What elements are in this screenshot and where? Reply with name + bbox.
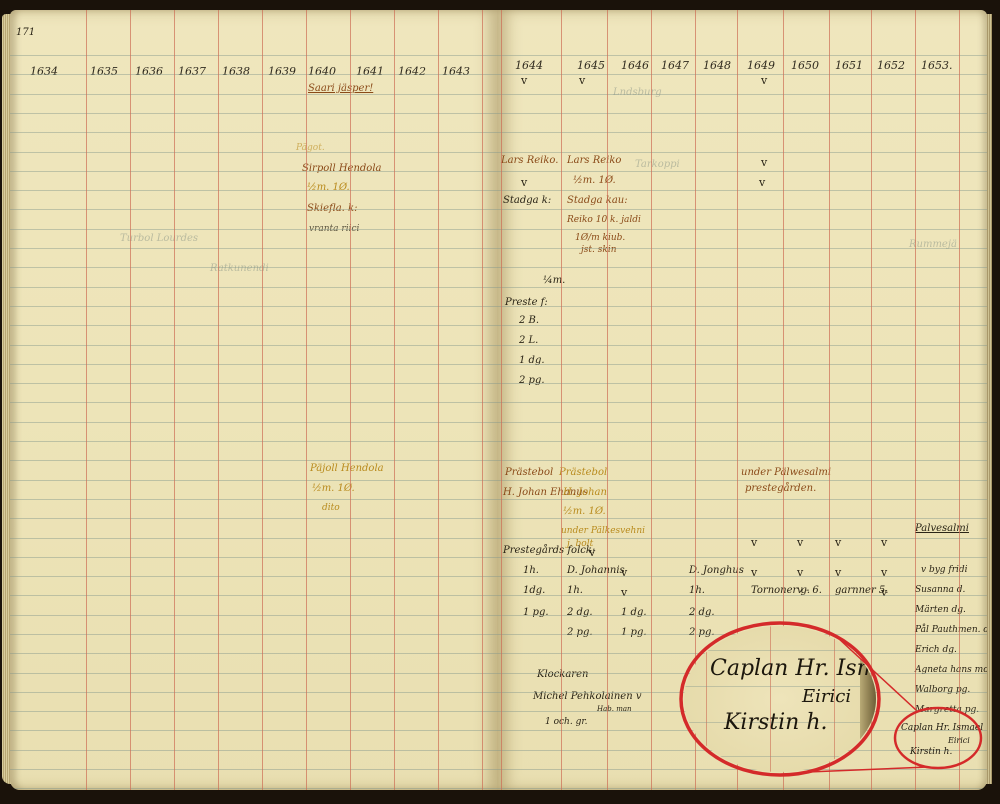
entry-lars-1644: Lars Reiko. <box>501 156 558 166</box>
ruled-line <box>10 287 497 288</box>
year-header-1644: 1644 <box>515 60 543 71</box>
magnified-line-2: Eirici <box>802 688 851 706</box>
entry-half-m-2: ½m. 1Ø. <box>312 484 355 494</box>
year-header-1642: 1642 <box>398 66 426 77</box>
grid-cell-r1-c8: v <box>835 566 841 579</box>
magnified-line-1: Caplan Hr. Ismael <box>710 658 876 680</box>
column-rule <box>262 10 263 790</box>
ruled-line <box>10 402 497 403</box>
ruled-line <box>10 94 497 95</box>
ruled-line <box>497 132 987 133</box>
entry-johan-1645-b: ½m. 1Ø. <box>563 507 606 517</box>
ruled-line <box>10 113 497 114</box>
entry-quarter: ¼m. <box>543 276 565 286</box>
grid-cell-r2-c3: v <box>621 586 627 599</box>
entry-stadga-1645-b: Reiko 10 k. jaldi <box>567 216 641 225</box>
magnifier-loupe: Caplan Hr. Ismael Eirici Kirstin h. <box>684 626 876 772</box>
ruled-line <box>497 538 987 539</box>
ruled-line <box>10 441 497 442</box>
grid-cell-r1-c1: 1h. <box>523 566 539 576</box>
column-rule <box>561 10 562 790</box>
year-header-1652: 1652 <box>877 60 905 71</box>
ruled-line <box>497 55 987 56</box>
ruled-line <box>497 190 987 191</box>
ruled-line <box>10 325 497 326</box>
ruled-line <box>10 557 497 558</box>
year-header-1638: 1638 <box>222 66 250 77</box>
circled-line-1: Caplan Hr. Ismael <box>901 724 983 733</box>
ruled-line <box>497 248 987 249</box>
check-1644-row2: v <box>521 176 527 189</box>
ruled-line <box>497 480 987 481</box>
entry-michel: Michel Pehkolainen v <box>533 692 641 702</box>
grid-cell-r1-c5: D. Jonghus <box>689 566 744 576</box>
ruled-line <box>10 711 497 712</box>
grid-cell-r2-c9: v <box>881 586 887 599</box>
palvesalmi-entry: Walborg pg. <box>915 686 970 695</box>
column-rule <box>607 10 608 790</box>
ruled-line <box>497 306 987 307</box>
year-header-1650: 1650 <box>791 60 819 71</box>
year-header-1647: 1647 <box>661 60 689 71</box>
ruled-line <box>497 595 987 596</box>
ruled-line <box>497 557 987 558</box>
column-rule <box>651 10 652 790</box>
column-rule <box>350 10 351 790</box>
entry-prestegarden: prestegården. <box>745 484 816 494</box>
heading-saari: Saari jäsper! <box>308 84 373 94</box>
column-rule <box>959 10 960 790</box>
year-header-1653: 1653. <box>921 60 953 71</box>
ruled-line <box>497 402 987 403</box>
year-header-1643: 1643 <box>442 66 470 77</box>
entry-klockaren: Klockaren <box>537 670 588 680</box>
grid-cell-r1-c7: v <box>797 566 803 579</box>
year-header-1634: 1634 <box>30 66 58 77</box>
year-header-1641: 1641 <box>356 66 384 77</box>
palvesalmi-entry: v byg fridi <box>921 566 968 575</box>
ruled-line <box>497 267 987 268</box>
check-1649-row2: v <box>759 176 765 189</box>
ruled-line <box>497 209 987 210</box>
ruled-line <box>10 364 497 365</box>
grid-cell-r3-c3: 1 dg. <box>621 608 647 618</box>
ruled-line <box>497 441 987 442</box>
ruled-line <box>497 615 987 616</box>
page-number: 171 <box>16 28 35 38</box>
column-rule <box>915 10 916 790</box>
ruled-line <box>10 74 497 75</box>
ruled-line <box>497 113 987 114</box>
entry-pajoll: Päjoll Hendola <box>310 464 384 474</box>
check-1645: v <box>579 74 585 87</box>
column-rule <box>86 10 87 790</box>
entry-johan-1645: H. Johan <box>563 488 607 498</box>
faint-bleedthrough-4: Tarkoppi <box>635 160 680 170</box>
preste-row: 2 pg. <box>519 376 545 386</box>
year-header-1649: 1649 <box>747 60 775 71</box>
ruled-line <box>10 499 497 500</box>
ruled-line <box>10 769 497 770</box>
ruled-line <box>497 383 987 384</box>
ruled-line <box>10 248 497 249</box>
year-header-1645: 1645 <box>577 60 605 71</box>
entry-sirpoll: Sirpoll Hendola <box>302 164 382 174</box>
ruled-line <box>10 152 497 153</box>
ruled-line <box>497 576 987 577</box>
circled-line-2: Eirici <box>948 737 970 745</box>
ruled-line <box>10 750 497 751</box>
entry-prastbol-1644: Prästebol <box>505 468 553 478</box>
circled-line-3: Kirstin h. <box>910 748 952 757</box>
ruled-line <box>497 460 987 461</box>
magnified-line-3: Kirstin h. <box>724 712 827 734</box>
year-header-1648: 1648 <box>703 60 731 71</box>
check-1649-row1: v <box>761 156 767 169</box>
year-header-1636: 1636 <box>135 66 163 77</box>
faint-bleedthrough-3: Lndsburg <box>613 88 662 98</box>
left-page: 171 163416351636163716381639164016411642… <box>10 10 497 790</box>
ruled-line <box>10 673 497 674</box>
entry-lars-1645: Lars Reiko <box>567 156 621 166</box>
grid-cell-r1-c2: D. Johannis <box>567 566 625 576</box>
grid-cell-r3-c1: 1 pg. <box>523 608 549 618</box>
ruled-line <box>10 730 497 731</box>
entry-michel-c: 1 och. gr. <box>545 718 588 727</box>
ruled-line <box>10 480 497 481</box>
ruled-line <box>497 422 987 423</box>
grid-cell-r1-c6: v <box>751 566 757 579</box>
ruled-line <box>10 306 497 307</box>
prestegards-label: Prestegårds folck: <box>503 546 595 556</box>
column-rule <box>394 10 395 790</box>
ruled-line <box>497 171 987 172</box>
ruled-line <box>10 460 497 461</box>
ruled-line <box>10 383 497 384</box>
column-rule <box>501 10 502 790</box>
grid-cell-r1-c3: v <box>621 566 627 579</box>
grid-cell-r1-c9: v <box>881 566 887 579</box>
ruled-line <box>10 267 497 268</box>
ruled-line <box>10 132 497 133</box>
year-header-1640: 1640 <box>308 66 336 77</box>
ruled-line <box>10 55 497 56</box>
faint-bleedthrough-1: Turbol Lourdes <box>120 234 198 244</box>
ruled-line <box>497 788 987 789</box>
year-header-1639: 1639 <box>268 66 296 77</box>
ruled-line <box>10 518 497 519</box>
column-rule <box>438 10 439 790</box>
entry-stadga-1645: Stadga kau: <box>567 196 628 206</box>
ruled-line <box>497 325 987 326</box>
grid-cell-r4-c5: 2 pg. <box>689 628 715 638</box>
ruled-line <box>10 653 497 654</box>
year-header-1651: 1651 <box>835 60 863 71</box>
ruled-line <box>497 74 987 75</box>
ruled-line <box>10 538 497 539</box>
year-header-1646: 1646 <box>621 60 649 71</box>
ruled-line <box>10 576 497 577</box>
year-header-1635: 1635 <box>90 66 118 77</box>
ruled-line <box>10 171 497 172</box>
entry-johan-1645-c: under Pälkesvehni <box>561 527 645 536</box>
ruled-line <box>10 634 497 635</box>
year-header-1637: 1637 <box>178 66 206 77</box>
grid-cell-r3-c5: 2 dg. <box>689 608 715 618</box>
column-rule <box>218 10 219 790</box>
ruled-line <box>10 190 497 191</box>
ruled-line <box>10 595 497 596</box>
ruled-line <box>497 518 987 519</box>
ledger-spread: 171 163416351636163716381639164016411642… <box>0 0 1000 804</box>
ruled-line <box>10 788 497 789</box>
ruled-line <box>497 345 987 346</box>
ruled-line <box>497 152 987 153</box>
ruled-line <box>10 615 497 616</box>
entry-stadga-1645-c: 1Ø/m kiub. <box>575 234 625 243</box>
grid-cell-r4-c2: 2 pg. <box>567 628 593 638</box>
palvesalmi-heading: Palvesalmi <box>915 524 969 534</box>
column-rule <box>306 10 307 790</box>
grid-cell-r4-c3: 1 pg. <box>621 628 647 638</box>
ruled-line <box>497 287 987 288</box>
ruled-line <box>10 209 497 210</box>
ruled-line <box>10 692 497 693</box>
check-1649: v <box>761 74 767 87</box>
ruled-line <box>497 769 987 770</box>
column-rule <box>482 10 483 790</box>
entry-half-m: ½m. 1Ø. <box>307 183 350 193</box>
check-1644: v <box>521 74 527 87</box>
entry-stadga-1644: Stadga k: <box>503 196 551 206</box>
entry-dito: dito <box>322 504 340 513</box>
grid-cell-r3-c2: 2 dg. <box>567 608 593 618</box>
ruled-line <box>497 94 987 95</box>
entry-prastbol-1645: Prästebol <box>559 468 607 478</box>
ruled-line <box>10 345 497 346</box>
palvesalmi-entry: Susanna d. <box>915 586 965 595</box>
ruled-line <box>10 229 497 230</box>
entry-under-palwesalmi: under Pälwesalmi <box>741 468 831 478</box>
ruled-line <box>497 229 987 230</box>
column-rule <box>130 10 131 790</box>
entry-frac-1645: ½m. 1Ø. <box>573 176 616 186</box>
column-rule <box>174 10 175 790</box>
ruled-line <box>10 422 497 423</box>
ruled-line <box>497 364 987 365</box>
ruled-line <box>497 499 987 500</box>
